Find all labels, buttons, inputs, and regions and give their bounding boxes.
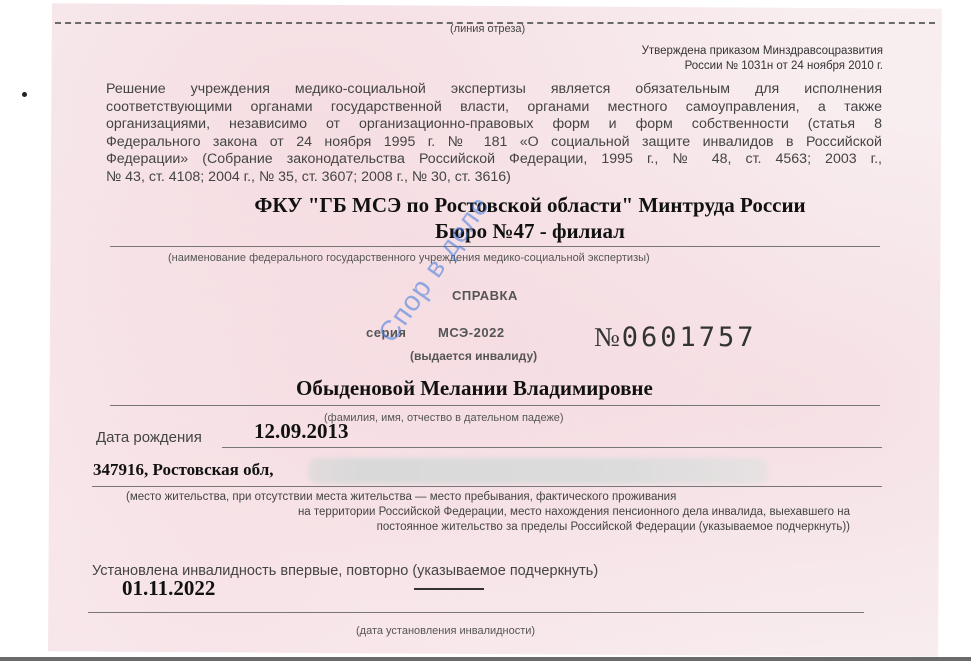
legal-notice-line: соответствующими органами государственно… [106, 99, 882, 117]
recipient-caption: (фамилия, имя, отчество в дательном паде… [324, 412, 564, 424]
scan-speck [22, 92, 27, 97]
certificate-number: №0601757 [594, 322, 757, 353]
legal-notice-line: № 43, ст. 4108; 2004 г., № 35, ст. 3607;… [106, 169, 882, 187]
legal-notice-line: Федерации» (Собрание законодательства Ро… [106, 151, 882, 169]
number-sign: № [594, 322, 620, 352]
address-value: 347916, Ростовская обл, [93, 460, 274, 480]
number-value: 0601757 [622, 322, 757, 353]
address-caption: (место жительства, при отсутствии места … [110, 490, 850, 535]
address-underline [92, 486, 882, 487]
approval-line-1: Утверждена приказом Минздравсоцразвития [642, 44, 883, 59]
birth-date-underline [222, 447, 882, 448]
approval-line-2: России № 1031н от 24 ноября 2010 г. [642, 59, 883, 74]
institution-underline [110, 246, 880, 247]
institution-caption: (наименование федерального государственн… [168, 252, 650, 264]
issued-to-caption: (выдается инвалиду) [410, 349, 537, 363]
address-redaction [308, 458, 768, 484]
approval-note: Утверждена приказом Минздравсоцразвития … [642, 44, 883, 74]
recipient-name: Обыденовой Мелании Владимировне [296, 376, 653, 401]
legal-notice-line: Федерального закона от 24 ноября 1995 г.… [106, 134, 882, 152]
legal-notice-line: Решение учреждения медико-социальной экс… [106, 81, 882, 99]
series-value: МСЭ-2022 [438, 325, 505, 340]
scan-bottom-border [0, 657, 971, 661]
disability-date-caption: (дата установления инвалидности) [356, 625, 535, 637]
cut-line-label: (линия отреза) [450, 23, 525, 35]
birth-date-value: 12.09.2013 [254, 419, 349, 444]
institution-line-2: Бюро №47 - филиал [180, 218, 880, 244]
recipient-underline [110, 405, 880, 406]
address-caption-line: (место жительства, при отсутствии места … [110, 490, 850, 505]
address-caption-line: на территории Российской Федерации, мест… [110, 505, 850, 520]
certificate-title: СПРАВКА [452, 288, 518, 303]
disability-date-underline [88, 612, 864, 613]
legal-notice-line: организациями, независимо от организацио… [106, 116, 882, 134]
address-caption-line: постоянное жительство за пределы Российс… [110, 520, 850, 535]
legal-notice: Решение учреждения медико-социальной экс… [106, 81, 882, 187]
institution-name: ФКУ "ГБ МСЭ по Ростовской области" Минтр… [180, 192, 880, 244]
institution-line-1: ФКУ "ГБ МСЭ по Ростовской области" Минтр… [180, 192, 880, 218]
disability-date: 01.11.2022 [122, 576, 215, 601]
birth-date-label: Дата рождения [96, 429, 202, 446]
underline-mark [414, 588, 484, 590]
